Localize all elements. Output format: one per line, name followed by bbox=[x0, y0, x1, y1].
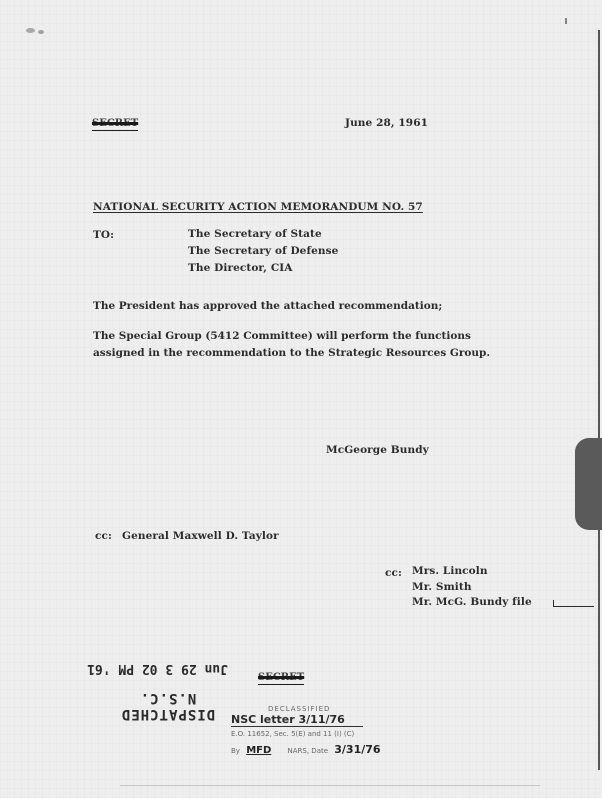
cc-recipient: Mr. McG. Bundy file bbox=[412, 595, 532, 611]
page-edge bbox=[598, 30, 600, 770]
cc-list: Mrs. Lincoln Mr. Smith Mr. McG. Bundy fi… bbox=[412, 564, 532, 611]
recipient-list: The Secretary of State The Secretary of … bbox=[188, 226, 338, 277]
scan-line bbox=[120, 785, 540, 786]
cc-recipient: Mr. Smith bbox=[412, 580, 532, 596]
declass-by-label: By bbox=[231, 747, 240, 755]
memo-page: SECRET June 28, 1961 NATIONAL SECURITY A… bbox=[0, 0, 602, 798]
handwritten-check-mark bbox=[553, 600, 594, 607]
memo-title: NATIONAL SECURITY ACTION MEMORANDUM NO. … bbox=[93, 201, 423, 213]
scan-speck bbox=[565, 18, 567, 24]
recipient: The Secretary of State bbox=[188, 226, 338, 243]
declass-header: DECLASSIFIED bbox=[268, 705, 330, 713]
scan-speck bbox=[38, 30, 44, 34]
to-label: TO: bbox=[93, 229, 114, 241]
scan-speck bbox=[26, 28, 35, 33]
declass-authority: NSC letter 3/11/76 bbox=[231, 713, 363, 727]
body-paragraph: The President has approved the attached … bbox=[93, 298, 513, 315]
cc-label: cc: bbox=[95, 530, 112, 542]
declass-by-row: By MFD NARS, Date 3/31/76 bbox=[231, 743, 381, 756]
declass-by-value: MFD bbox=[246, 745, 271, 756]
dispatch-stamp: DISPATCHED N.S.C. Jun 29 3 02 PM '61 bbox=[108, 660, 228, 722]
recipient: The Director, CIA bbox=[188, 260, 338, 277]
cc-recipient: General Maxwell D. Taylor bbox=[122, 530, 279, 542]
classification-marking-top: SECRET bbox=[92, 118, 138, 131]
recipient: The Secretary of Defense bbox=[188, 243, 338, 260]
signature: McGeorge Bundy bbox=[326, 444, 429, 456]
body-paragraph: The Special Group (5412 Committee) will … bbox=[93, 328, 501, 362]
dispatch-status: DISPATCHED bbox=[108, 706, 228, 722]
cc-recipient: Mrs. Lincoln bbox=[412, 564, 532, 580]
dispatch-org: N.S.C. bbox=[108, 690, 228, 706]
memo-date: June 28, 1961 bbox=[345, 117, 428, 129]
binder-tab-mark bbox=[575, 438, 602, 530]
declass-eo: E.O. 11652, Sec. 5(E) and 11 (I) (C) bbox=[231, 730, 354, 738]
cc-label: cc: bbox=[385, 567, 402, 579]
declass-date: 3/31/76 bbox=[334, 743, 380, 756]
declass-nars-label: NARS, Date bbox=[288, 747, 329, 755]
dispatch-time: Jun 29 3 02 PM '61 bbox=[108, 660, 228, 676]
classification-marking-bottom: SECRET bbox=[258, 672, 304, 685]
